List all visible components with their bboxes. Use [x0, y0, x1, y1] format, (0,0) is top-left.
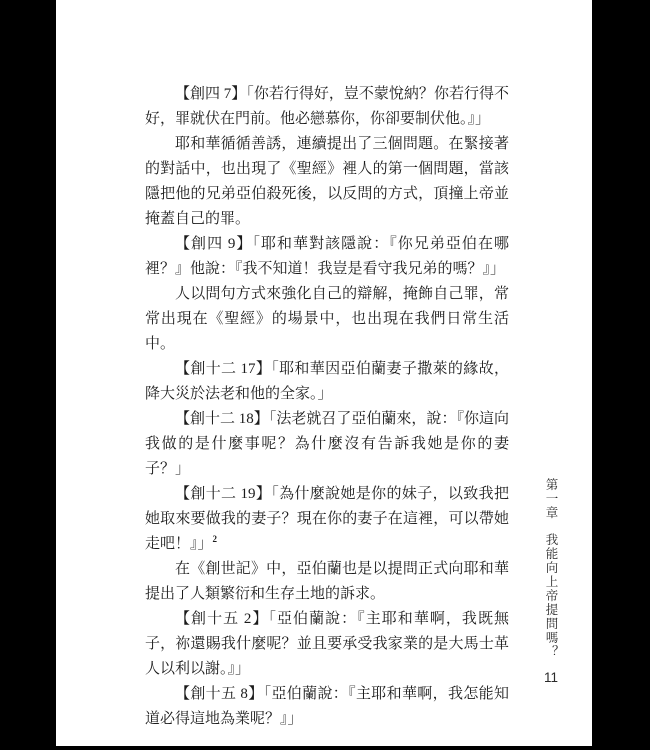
paragraph-text: 人以問句方式來強化自己的辯解，掩飾自己罪，常常出現在《聖經》的場景中，也出現在我… [145, 286, 509, 352]
page-number: 11 [534, 670, 568, 685]
paragraph-text: 【創四 7】「你若行得好，豈不蒙悅納？你若行得不好，罪就伏在門前。他必戀慕你，你… [145, 86, 509, 127]
paragraph: 耶和華循循善誘，連續提出了三個問題。在緊接著的對話中，也出現了《聖經》裡人的第一… [145, 132, 509, 232]
footnote-marker: 2 [213, 534, 218, 544]
paragraph: 【創十五 2】「亞伯蘭說：『主耶和華啊，我既無子，祢還賜我什麼呢？並且要承受我家… [145, 607, 509, 682]
paragraph-text: 在《創世記》中，亞伯蘭也是以提問正式向耶和華提出了人類繁衍和生存土地的訴求。 [145, 561, 509, 602]
scan-background: 【創四 7】「你若行得好，豈不蒙悅納？你若行得不好，罪就伏在門前。他必戀慕你，你… [0, 0, 650, 750]
paragraph: 【創十二 18】「法老就召了亞伯蘭來，說：『你這向我做的是什麼事呢？為什麼沒有告… [145, 407, 509, 482]
paragraph-text: 【創十二 17】「耶和華因亞伯蘭妻子撒萊的緣故，降大災於法老和他的全家。」 [145, 361, 509, 402]
chapter-sidebar: 第一章 我能向上帝提問嗎？ [534, 478, 568, 659]
paragraph-text: 【創四 9】「耶和華對該隱說：『你兄弟亞伯在哪裡？』他說：『我不知道！我豈是看守… [145, 236, 509, 277]
main-text-block: 【創四 7】「你若行得好，豈不蒙悅納？你若行得不好，罪就伏在門前。他必戀慕你，你… [145, 82, 509, 732]
paragraph-text: 【創十五 2】「亞伯蘭說：『主耶和華啊，我既無子，祢還賜我什麼呢？並且要承受我家… [145, 611, 509, 677]
paragraph-text: 【創十五 8】「亞伯蘭說：『主耶和華啊，我怎能知道必得這地為業呢？』」 [145, 686, 509, 727]
paragraph: 人以問句方式來強化自己的辯解，掩飾自己罪，常常出現在《聖經》的場景中，也出現在我… [145, 282, 509, 357]
paragraph: 【創四 9】「耶和華對該隱說：『你兄弟亞伯在哪裡？』他說：『我不知道！我豈是看守… [145, 232, 509, 282]
paragraph-text: 【創十二 19】「為什麼說她是你的妹子，以致我把她取來要做我的妻子？現在你的妻子… [145, 486, 509, 552]
paragraph-text: 【創十二 18】「法老就召了亞伯蘭來，說：『你這向我做的是什麼事呢？為什麼沒有告… [145, 411, 509, 477]
paragraph: 【創十五 8】「亞伯蘭說：『主耶和華啊，我怎能知道必得這地為業呢？』」 [145, 682, 509, 732]
chapter-number: 第一章 [542, 478, 560, 520]
chapter-title: 我能向上帝提問嗎？ [542, 533, 560, 659]
paragraph-text: 耶和華循循善誘，連續提出了三個問題。在緊接著的對話中，也出現了《聖經》裡人的第一… [145, 136, 509, 227]
paragraph: 【創十二 17】「耶和華因亞伯蘭妻子撒萊的緣故，降大災於法老和他的全家。」 [145, 357, 509, 407]
paragraph: 【創十二 19】「為什麼說她是你的妹子，以致我把她取來要做我的妻子？現在你的妻子… [145, 482, 509, 557]
paragraph: 在《創世記》中，亞伯蘭也是以提問正式向耶和華提出了人類繁衍和生存土地的訴求。 [145, 557, 509, 607]
paragraph: 【創四 7】「你若行得好，豈不蒙悅納？你若行得不好，罪就伏在門前。他必戀慕你，你… [145, 82, 509, 132]
book-page: 【創四 7】「你若行得好，豈不蒙悅納？你若行得不好，罪就伏在門前。他必戀慕你，你… [56, 0, 592, 746]
